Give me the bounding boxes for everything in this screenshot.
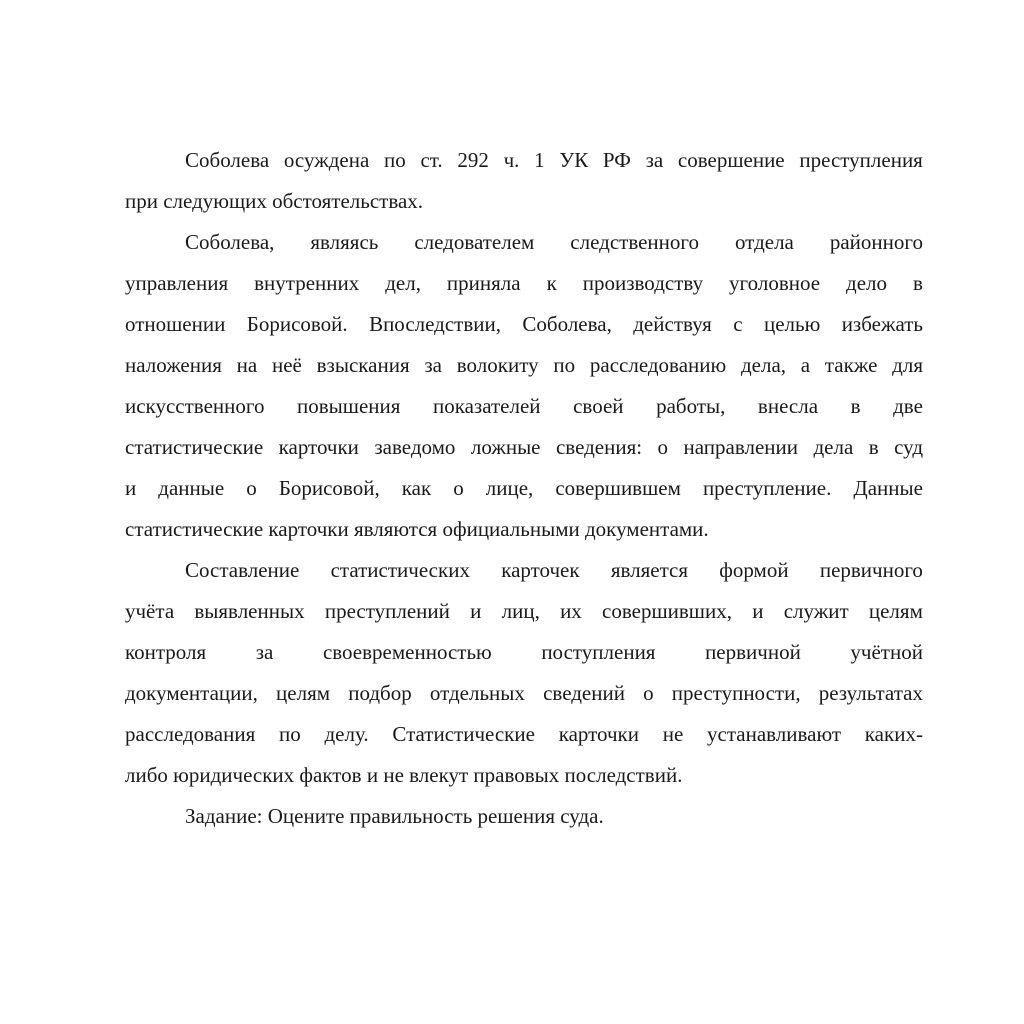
text-line: иданныеоБорисовой,каколице,совершившемпр… xyxy=(125,468,923,509)
paragraph-3: Составлениестатистическихкарточекявляетс… xyxy=(125,550,923,796)
text-line: искусственногоповышенияпоказателейсвоейр… xyxy=(125,386,923,427)
text-line: отношенииБорисовой.Впоследствии,Соболева… xyxy=(125,304,923,345)
text-line: либо юридических фактов и не влекут прав… xyxy=(125,755,923,796)
document-page: Соболеваосужденапост.292ч.1УКРФзасоверше… xyxy=(125,140,923,837)
paragraph-1: Соболеваосужденапост.292ч.1УКРФзасоверше… xyxy=(125,140,923,222)
text-line: Соболева,являясьследователемследственног… xyxy=(125,222,923,263)
text-line: статистические карточки являются официал… xyxy=(125,509,923,550)
text-line: контролязасвоевременностьюпоступленияпер… xyxy=(125,632,923,673)
text-line: Составлениестатистическихкарточекявляетс… xyxy=(125,550,923,591)
paragraph-2: Соболева,являясьследователемследственног… xyxy=(125,222,923,550)
text-line: управлениявнутреннихдел,принялакпроизвод… xyxy=(125,263,923,304)
text-line: учётавыявленныхпреступленийилиц,ихсоверш… xyxy=(125,591,923,632)
text-line: статистическиекарточкизаведомоложныесвед… xyxy=(125,427,923,468)
text-line: наложениянанеёвзысканиязаволокитупорассл… xyxy=(125,345,923,386)
text-line: расследованияподелу.Статистическиекарточ… xyxy=(125,714,923,755)
paragraph-4: Задание: Оцените правильность решения су… xyxy=(125,796,923,837)
text-line: при следующих обстоятельствах. xyxy=(125,181,923,222)
text-line: документации,целямподборотдельныхсведени… xyxy=(125,673,923,714)
text-line: Задание: Оцените правильность решения су… xyxy=(125,796,923,837)
text-line: Соболеваосужденапост.292ч.1УКРФзасоверше… xyxy=(125,140,923,181)
